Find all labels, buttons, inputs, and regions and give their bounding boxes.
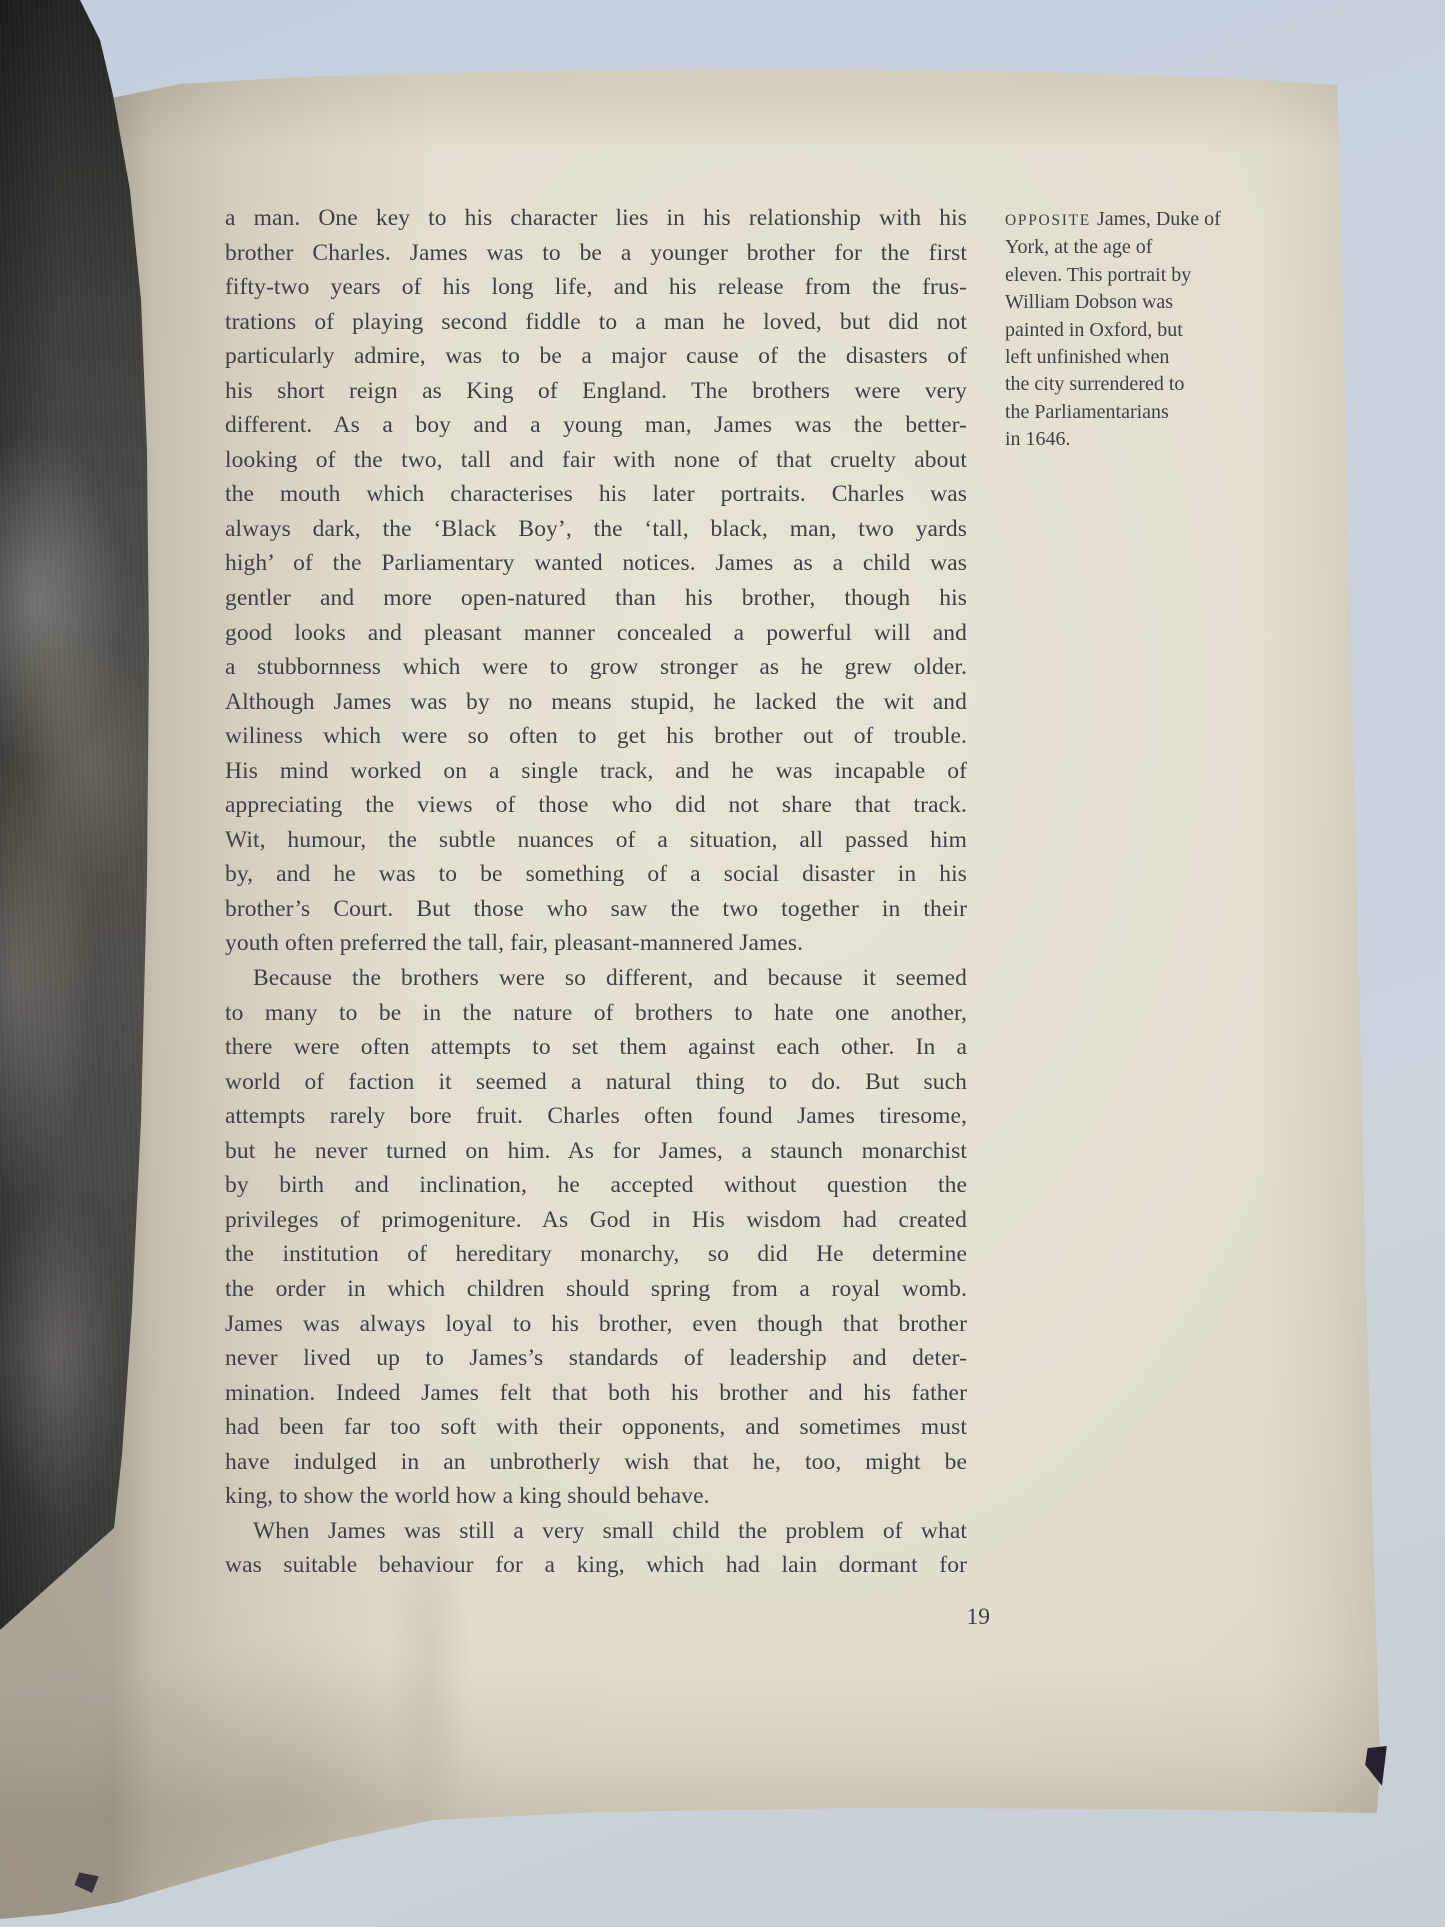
- sidenote-line: William Dobson was: [1005, 289, 1267, 316]
- sidenote-first-line-text: James, Duke of: [1097, 208, 1221, 230]
- body-text-line: king, to show the world how a king shoul…: [225, 1479, 967, 1514]
- body-text-line: appreciating the views of those who did …: [225, 788, 967, 823]
- sidenote-lines: York, at the age ofeleven. This portrait…: [1005, 234, 1267, 453]
- sidenote-line: painted in Oxford, but: [1005, 317, 1267, 344]
- body-text-line: had been far too soft with their opponen…: [225, 1410, 967, 1445]
- body-text-line: the order in which children should sprin…: [225, 1272, 967, 1307]
- body-text-line: to many to be in the nature of brothers …: [225, 996, 967, 1031]
- body-text-line: mination. Indeed James felt that both hi…: [225, 1376, 967, 1411]
- body-text-line: by birth and inclination, he accepted wi…: [225, 1168, 967, 1203]
- body-text-line: brother’s Court. But those who saw the t…: [225, 892, 967, 927]
- sidenote-line: left unfinished when: [1005, 344, 1267, 371]
- body-text-line: trations of playing second fiddle to a m…: [225, 305, 967, 340]
- body-text: a man. One key to his character lies in …: [225, 201, 967, 1583]
- body-text-line: there were often attempts to set them ag…: [225, 1030, 967, 1065]
- sidenote-line: in 1646.: [1005, 426, 1267, 453]
- sidenote-line: the city surrendered to: [1005, 371, 1267, 398]
- sidenote-opposite-label: OPPOSITE: [1005, 212, 1091, 229]
- body-text-line: have indulged in an unbrotherly wish tha…: [225, 1445, 967, 1480]
- body-text-line: attempts rarely bore fruit. Charles ofte…: [225, 1099, 967, 1134]
- body-text-line: world of faction it seemed a natural thi…: [225, 1065, 967, 1100]
- body-text-line: was suitable behaviour for a king, which…: [225, 1548, 967, 1583]
- body-text-line: James was always loyal to his brother, e…: [225, 1307, 967, 1342]
- sidenote-line: the Parliamentarians: [1005, 399, 1267, 426]
- body-text-line: Although James was by no means stupid, h…: [225, 685, 967, 720]
- body-text-line: youth often preferred the tall, fair, pl…: [225, 926, 967, 961]
- body-text-line: particularly admire, was to be a major c…: [225, 339, 967, 374]
- body-text-line: privileges of primogeniture. As God in H…: [225, 1203, 967, 1238]
- body-text-line: a man. One key to his character lies in …: [225, 201, 967, 236]
- body-text-line: the mouth which characterises his later …: [225, 477, 967, 512]
- page-number: 19: [225, 1603, 990, 1631]
- body-text-line: but he never turned on him. As for James…: [225, 1134, 967, 1169]
- sidenote-line: York, at the age of: [1005, 234, 1267, 261]
- body-text-line: When James was still a very small child …: [225, 1514, 967, 1549]
- body-text-line: Wit, humour, the subtle nuances of a sit…: [225, 823, 967, 858]
- sidenote-first-line: OPPOSITEJames, Duke of: [1005, 206, 1267, 234]
- body-text-line: a stubbornness which were to grow strong…: [225, 650, 967, 685]
- sidenote-line: eleven. This portrait by: [1005, 262, 1267, 289]
- body-text-line: Because the brothers were so different, …: [225, 961, 967, 996]
- body-text-line: never lived up to James’s standards of l…: [225, 1341, 967, 1376]
- body-text-line: good looks and pleasant manner concealed…: [225, 616, 967, 651]
- body-text-line: gentler and more open-natured than his b…: [225, 581, 967, 616]
- body-text-line: wiliness which were so often to get his …: [225, 719, 967, 754]
- body-text-line: fifty-two years of his long life, and hi…: [225, 270, 967, 305]
- body-text-line: high’ of the Parliamentary wanted notice…: [225, 546, 967, 581]
- body-text-line: His mind worked on a single track, and h…: [225, 754, 967, 789]
- body-text-line: always dark, the ‘Black Boy’, the ‘tall,…: [225, 512, 967, 547]
- body-text-line: different. As a boy and a young man, Jam…: [225, 408, 967, 443]
- sidenote: OPPOSITEJames, Duke of York, at the age …: [1005, 206, 1267, 454]
- body-text-line: brother Charles. James was to be a young…: [225, 236, 967, 271]
- body-text-line: by, and he was to be something of a soci…: [225, 857, 967, 892]
- body-text-line: looking of the two, tall and fair with n…: [225, 443, 967, 478]
- body-text-line: the institution of hereditary monarchy, …: [225, 1237, 967, 1272]
- body-text-line: his short reign as King of England. The …: [225, 374, 967, 409]
